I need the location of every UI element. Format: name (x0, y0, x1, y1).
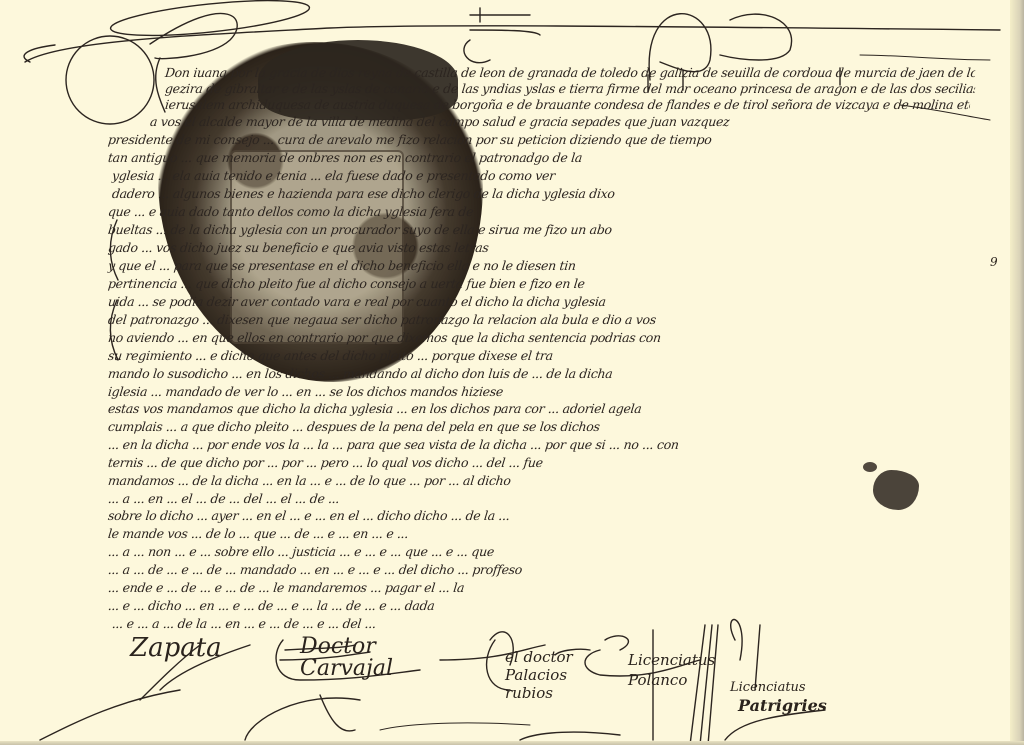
signature-polanco: Licenciatus Polanco (628, 650, 698, 690)
manuscript-line: ... a ... non ... e ... sobre ello ... j… (107, 543, 969, 561)
manuscript-line: cumplais ... a que dicho pleito ... desp… (107, 418, 989, 436)
manuscript-line: uida ... se podia dezir aver contado var… (107, 293, 979, 311)
manuscript-line: pertinencia ... que dicho pleito fue al … (107, 275, 979, 293)
manuscript-line: ... ende e ... de ... e ... de ... le ma… (107, 579, 979, 597)
manuscript-line: ... e ... dicho ... en ... e ... de ... … (107, 597, 979, 615)
manuscript-line: ... e ... a ... de la ... en ... e ... d… (111, 615, 973, 633)
manuscript-line: no aviendo ... en que ellos en contrario… (107, 329, 979, 347)
manuscript-line: a vos el alcalde mayor de la villa de me… (149, 113, 981, 131)
manuscript-line: mandamos ... de la dicha ... en la ... e… (107, 472, 869, 490)
manuscript-line: yglesia ... ela auia tenido e tenia ... … (111, 167, 993, 185)
manuscript-line: presidente de mi consejo ... cura de are… (107, 131, 989, 149)
signature-doctor-carvajal: Doctor Carvajal (300, 636, 420, 680)
signature-patrigries: Patrigries (738, 696, 827, 715)
manuscript-line: ... en la dicha ... por ende vos la ... … (107, 436, 989, 454)
manuscript-line: ... a ... en ... el ... de ... del ... e… (107, 490, 869, 508)
signature-zapata: Zapata (130, 633, 222, 663)
manuscript-line: sobre lo dicho ... ayer ... en el ... e … (107, 507, 869, 525)
page-bottom-shadow (0, 741, 1024, 745)
signature-licenciatus: Licenciatus (730, 680, 806, 695)
manuscript-line: le mande vos ... de lo ... que ... de ..… (107, 525, 949, 543)
page-edge-shadow (1010, 0, 1024, 745)
manuscript-line: dadero ... algunos bienes e hazienda par… (111, 185, 973, 203)
manuscript-page: Don iuana por la gracia de dios reyna de… (0, 0, 1024, 745)
manuscript-line: gado ... vos dicho juez su beneficio e q… (107, 239, 979, 257)
manuscript-line: estas vos mandamos que dicho la dicha yg… (107, 400, 989, 418)
manuscript-line: y que el ... para que se presentase en e… (107, 257, 979, 275)
manuscript-line: del patronazgo ... dixesen que negaua se… (107, 311, 979, 329)
manuscript-line: su regimiento ... e dicho que antes del … (107, 347, 979, 365)
manuscript-line: que ... e auia dado tanto dellos como la… (107, 203, 979, 221)
signature-palacios-rubios: el doctor Palacios rubios (505, 648, 595, 702)
manuscript-line: ternis ... de que dicho por ... por ... … (107, 454, 989, 472)
manuscript-line: iglesia ... mandado de ver lo ... en ...… (107, 383, 979, 401)
manuscript-line: ierusalem archiduquesa de austria duques… (164, 96, 971, 114)
margin-mark: 9 (990, 255, 998, 269)
manuscript-line: bueltas ... de la dicha yglesia con un p… (107, 221, 999, 239)
manuscript-line: mando lo susodicho ... en los dichos ...… (107, 365, 979, 383)
manuscript-line: ... a ... de ... e ... de ... mandado ..… (107, 561, 979, 579)
manuscript-line: tan antiguo ... que memoria de onbres no… (107, 149, 989, 167)
